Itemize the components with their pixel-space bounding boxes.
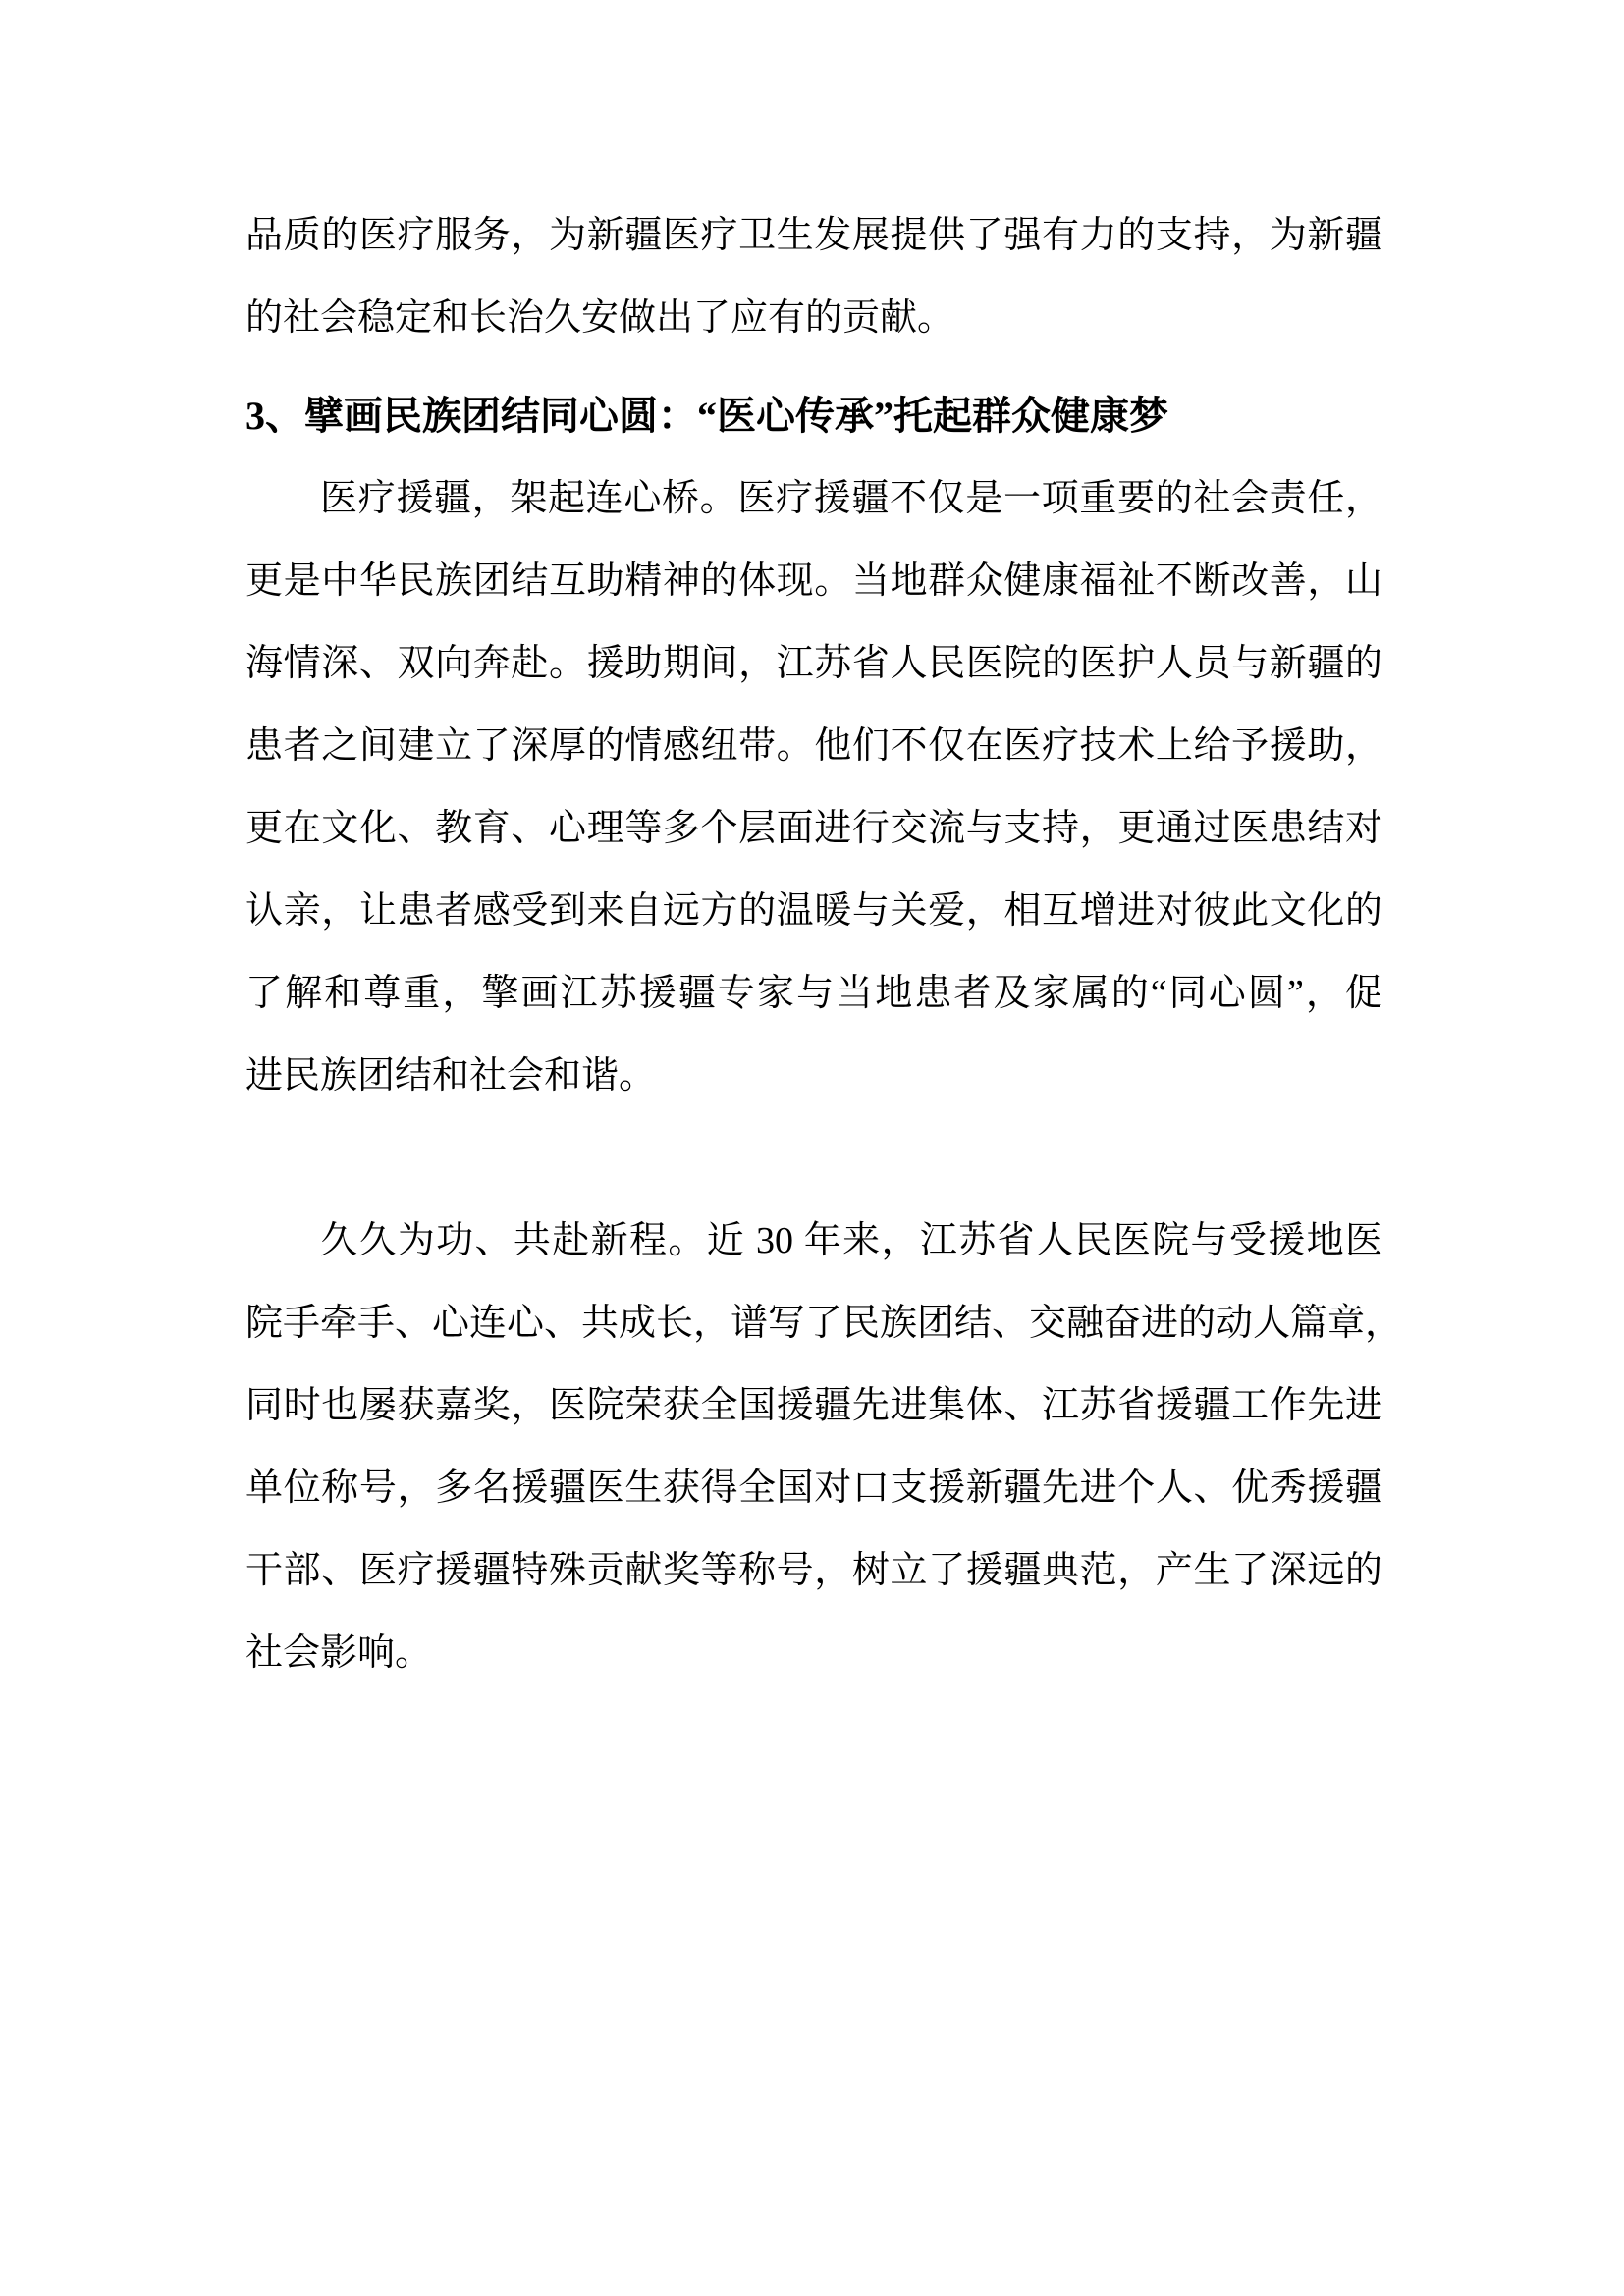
text-line: 海情深、双向奔赴。援助期间，江苏省人民医院的医护人员与新疆的 [245, 622, 1382, 705]
text-line: 干部、医疗援疆特殊贡献奖等称号，树立了援疆典范，产生了深远的 [245, 1529, 1382, 1612]
section-heading: 3、擘画民族团结同心圆：“医心传承”托起群众健康梦 [245, 375, 1382, 457]
document-page: 品质的医疗服务，为新疆医疗卫生发展提供了强有力的支持，为新疆 的社会稳定和长治久… [0, 0, 1624, 2296]
blank-line [245, 1117, 1382, 1200]
text-line: 医疗援疆，架起连心桥。医疗援疆不仅是一项重要的社会责任， [245, 457, 1382, 540]
text-line: 院手牵手、心连心、共成长，谱写了民族团结、交融奋进的动人篇章， [245, 1282, 1382, 1364]
text-line: 品质的医疗服务，为新疆医疗卫生发展提供了强有力的支持，为新疆 [245, 194, 1382, 277]
paragraph-achievements: 久久为功、共赴新程。近 30 年来，江苏省人民医院与受援地医 院手牵手、心连心、… [245, 1200, 1382, 1694]
text-line: 社会影响。 [245, 1612, 1382, 1694]
paragraph-unity: 医疗援疆，架起连心桥。医疗援疆不仅是一项重要的社会责任， 更是中华民族团结互助精… [245, 457, 1382, 1117]
text-line: 久久为功、共赴新程。近 30 年来，江苏省人民医院与受援地医 [245, 1200, 1382, 1282]
text-line: 认亲，让患者感受到来自远方的温暖与关爱，相互增进对彼此文化的 [245, 870, 1382, 952]
document-body: 品质的医疗服务，为新疆医疗卫生发展提供了强有力的支持，为新疆 的社会稳定和长治久… [245, 194, 1382, 1694]
text-line: 单位称号，多名援疆医生获得全国对口支援新疆先进个人、优秀援疆 [245, 1447, 1382, 1529]
text-line: 更在文化、教育、心理等多个层面进行交流与支持，更通过医患结对 [245, 787, 1382, 870]
text-line: 了解和尊重，擎画江苏援疆专家与当地患者及家属的“同心圆”，促 [245, 952, 1382, 1035]
text-line: 同时也屡获嘉奖，医院荣获全国援疆先进集体、江苏省援疆工作先进 [245, 1364, 1382, 1447]
text-line: 更是中华民族团结互助精神的体现。当地群众健康福祉不断改善，山 [245, 540, 1382, 622]
paragraph-continuation: 品质的医疗服务，为新疆医疗卫生发展提供了强有力的支持，为新疆 的社会稳定和长治久… [245, 194, 1382, 359]
text-line: 患者之间建立了深厚的情感纽带。他们不仅在医疗技术上给予援助， [245, 705, 1382, 787]
text-line: 的社会稳定和长治久安做出了应有的贡献。 [245, 277, 1382, 359]
text-line: 进民族团结和社会和谐。 [245, 1035, 1382, 1117]
